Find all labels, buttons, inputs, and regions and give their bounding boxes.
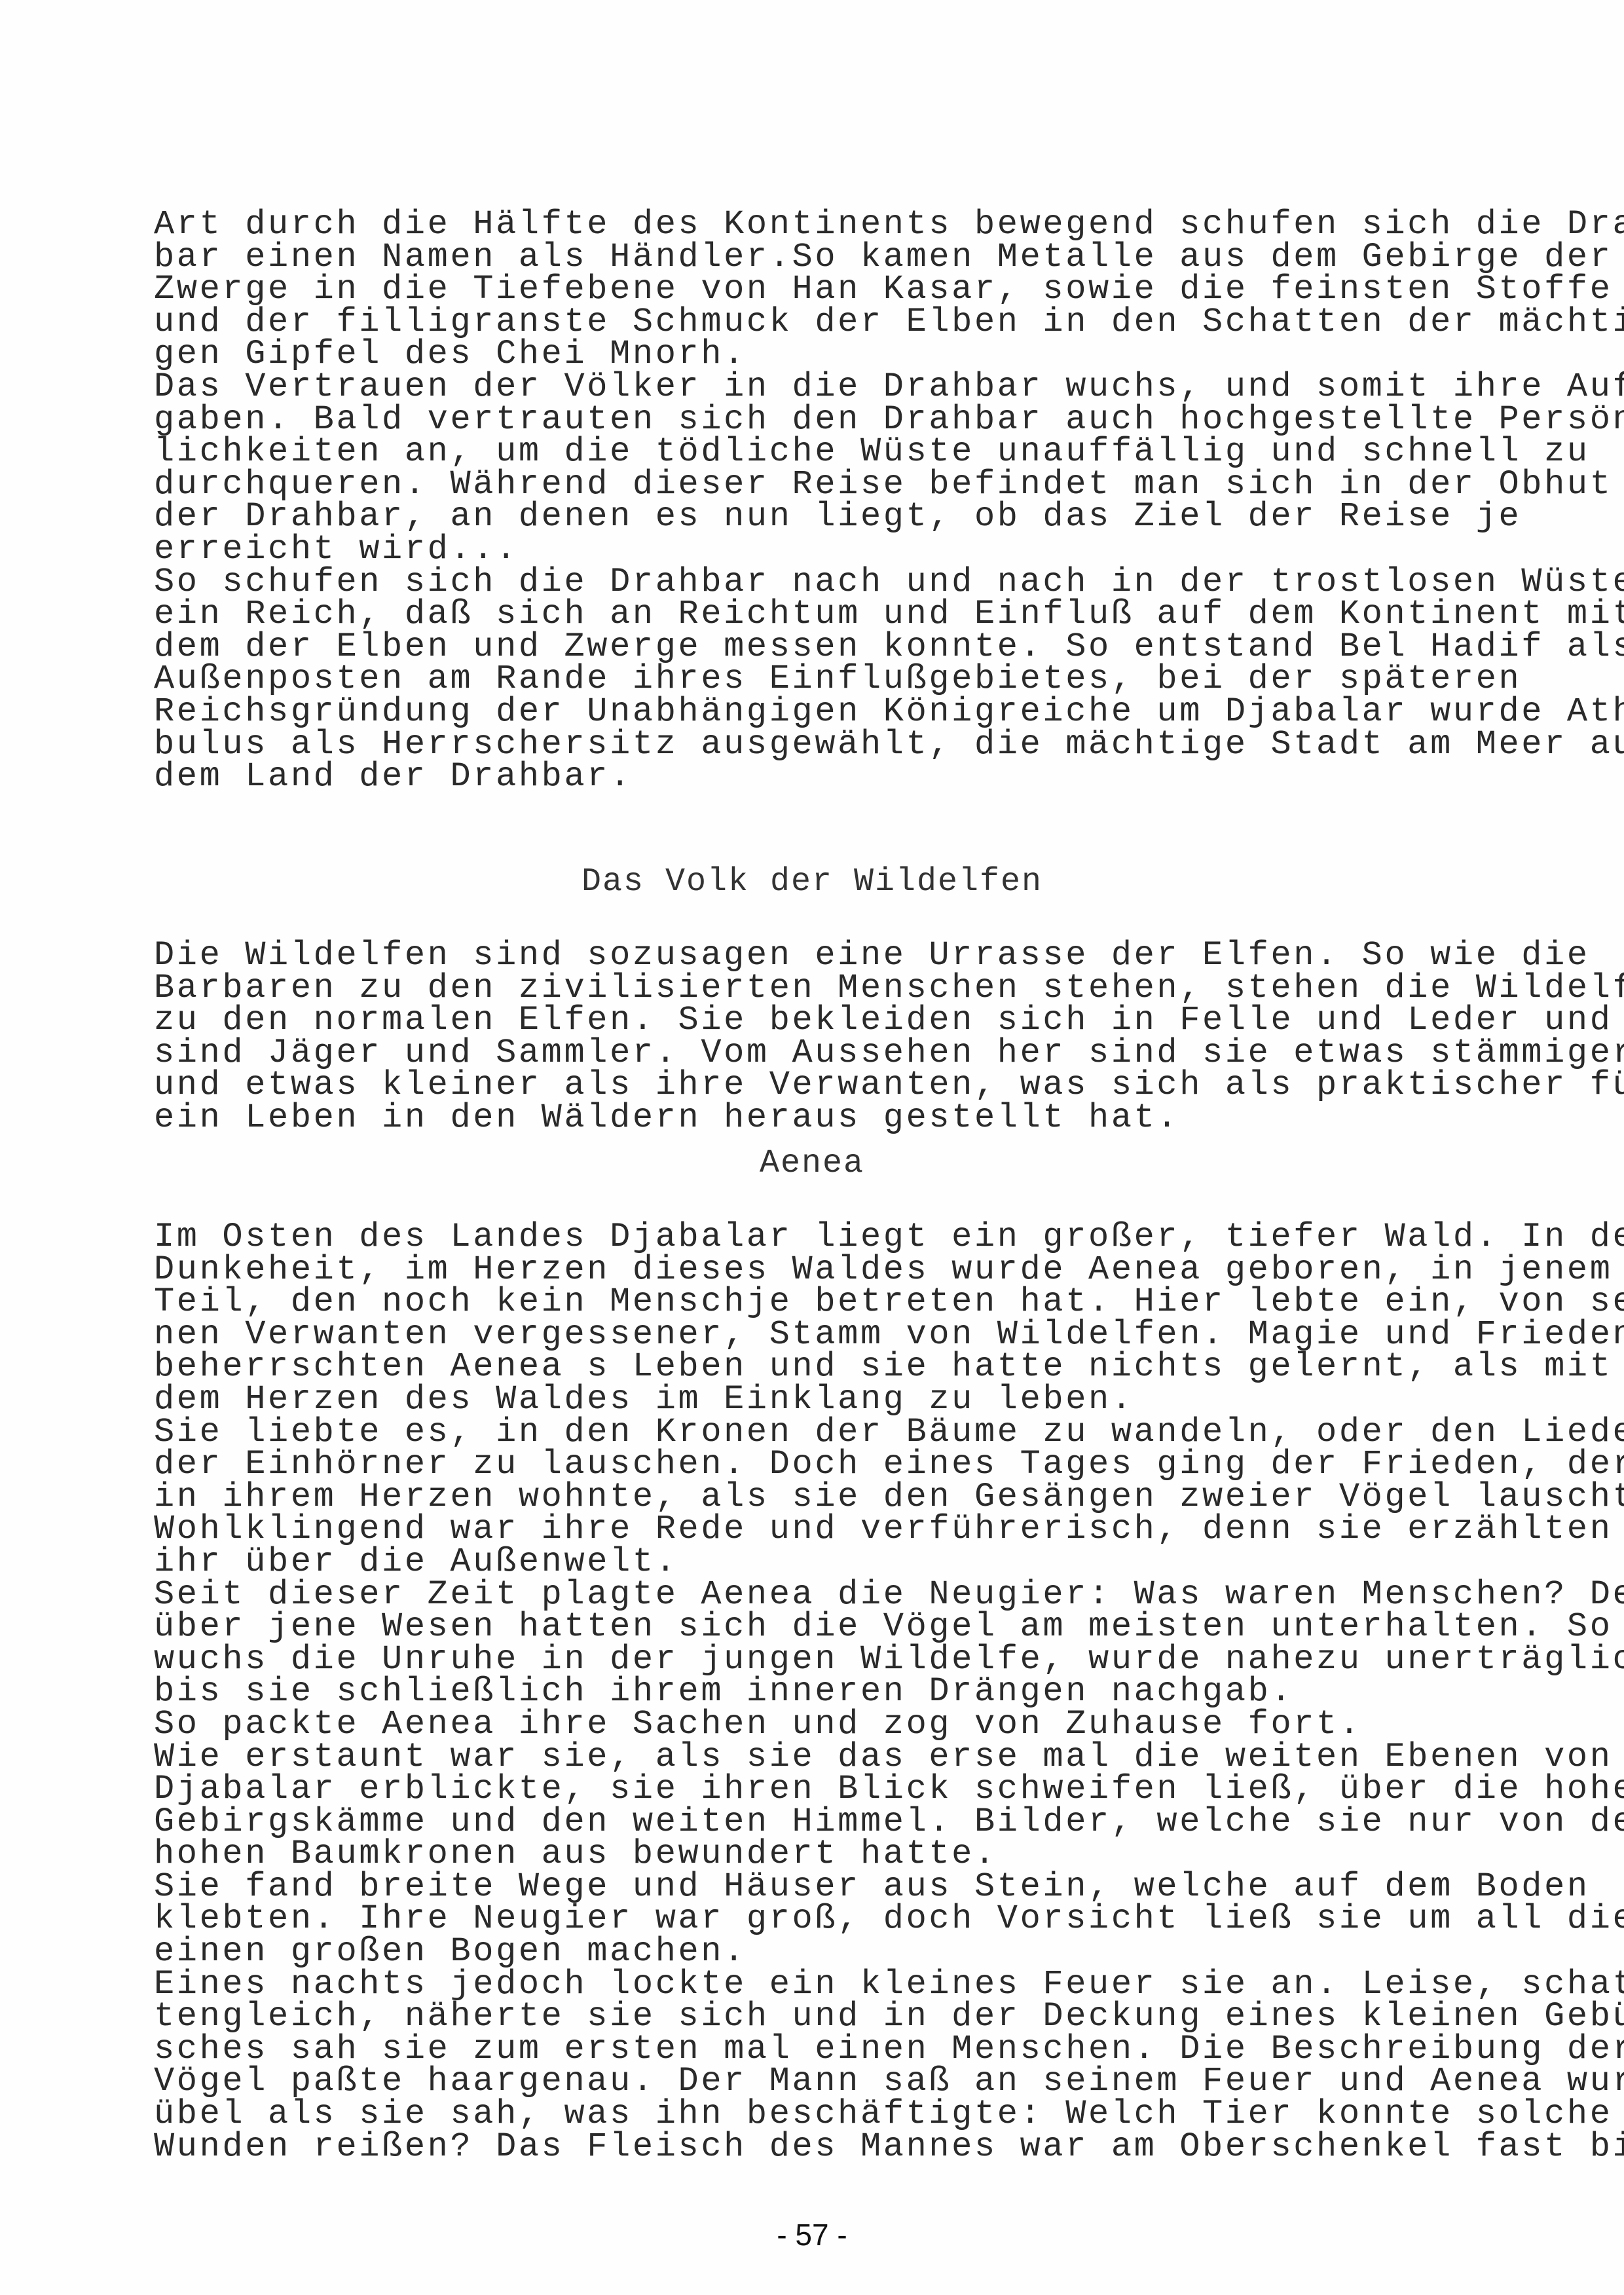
paragraph-aenea: Im Osten des Landes Djabalar liegt ein g… xyxy=(154,1221,1491,2163)
text-line: bar einen Namen als Händler.So kamen Met… xyxy=(154,241,1491,274)
text-line: und etwas kleiner als ihre Verwanten, wa… xyxy=(154,1069,1491,1102)
text-line: der Drahbar, an denen es nun liegt, ob d… xyxy=(154,500,1491,533)
text-line: der Einhörner zu lauschen. Doch eines Ta… xyxy=(154,1448,1491,1481)
paragraph-drahbar: Art durch die Hälfte des Kontinents bewe… xyxy=(154,208,1491,793)
text-line: bulus als Herrschersitz ausgewählt, die … xyxy=(154,728,1491,761)
text-line: zu den normalen Elfen. Sie bekleiden sic… xyxy=(154,1004,1491,1037)
text-line: Seit dieser Zeit plagte Aenea die Neugie… xyxy=(154,1578,1491,1611)
text-line: Sie fand breite Wege und Häuser aus Stei… xyxy=(154,1871,1491,1903)
text-line: sches sah sie zum ersten mal einen Mensc… xyxy=(154,2033,1491,2066)
text-line: Gebirgskämme und den weiten Himmel. Bild… xyxy=(154,1806,1491,1838)
text-line: übel als sie sah, was ihn beschäftigte: … xyxy=(154,2098,1491,2131)
text-line: So schufen sich die Drahbar nach und nac… xyxy=(154,566,1491,599)
text-line: Die Wildelfen sind sozusagen eine Urrass… xyxy=(154,939,1491,972)
text-line: Djabalar erblickte, sie ihren Blick schw… xyxy=(154,1773,1491,1806)
text-line: ihr über die Außenwelt. xyxy=(154,1546,1491,1578)
text-line: Außenposten am Rande ihres Einflußgebiet… xyxy=(154,663,1491,696)
text-line: erreicht wird... xyxy=(154,533,1491,566)
text-line: lichkeiten an, um die tödliche Wüste una… xyxy=(154,436,1491,468)
text-line: über jene Wesen hatten sich die Vögel am… xyxy=(154,1611,1491,1643)
heading-aenea: Aenea xyxy=(0,1145,1624,1182)
heading-das-volk-der-wildelfen: Das Volk der Wildelfen xyxy=(0,863,1624,901)
text-line: Wohlklingend war ihre Rede und verführer… xyxy=(154,1513,1491,1546)
text-line: beherrschten Aenea s Leben und sie hatte… xyxy=(154,1351,1491,1383)
paragraph-wildelfen: Die Wildelfen sind sozusagen eine Urrass… xyxy=(154,939,1491,1134)
text-line: durchqueren. Während dieser Reise befind… xyxy=(154,468,1491,501)
text-line: So packte Aenea ihre Sachen und zog von … xyxy=(154,1708,1491,1741)
text-line: Wie erstaunt war sie, als sie das erse m… xyxy=(154,1741,1491,1774)
text-line: Vögel paßte haargenau. Der Mann saß an s… xyxy=(154,2065,1491,2098)
text-line: Im Osten des Landes Djabalar liegt ein g… xyxy=(154,1221,1491,1254)
text-line: Eines nachts jedoch lockte ein kleines F… xyxy=(154,1968,1491,2001)
text-line: Zwerge in die Tiefebene von Han Kasar, s… xyxy=(154,273,1491,306)
text-line: klebten. Ihre Neugier war groß, doch Vor… xyxy=(154,1903,1491,1935)
text-line: wuchs die Unruhe in der jungen Wildelfe,… xyxy=(154,1643,1491,1676)
text-line: und der filligranste Schmuck der Elben i… xyxy=(154,306,1491,339)
text-line: gaben. Bald vertrauten sich den Drahbar … xyxy=(154,403,1491,436)
text-line: dem Land der Drahbar. xyxy=(154,760,1491,793)
text-line: tengleich, näherte sie sich und in der D… xyxy=(154,2000,1491,2033)
text-line: Reichsgründung der Unabhängigen Königrei… xyxy=(154,696,1491,728)
text-line: bis sie schließlich ihrem inneren Dränge… xyxy=(154,1675,1491,1708)
text-line: hohen Baumkronen aus bewundert hatte. xyxy=(154,1838,1491,1871)
text-line: dem der Elben und Zwerge messen konnte. … xyxy=(154,631,1491,663)
text-line: Art durch die Hälfte des Kontinents bewe… xyxy=(154,208,1491,241)
text-line: Barbaren zu den zivilisierten Menschen s… xyxy=(154,972,1491,1005)
text-line: Das Vertrauen der Völker in die Drahbar … xyxy=(154,371,1491,403)
text-line: Teil, den noch kein Menschje betreten ha… xyxy=(154,1286,1491,1318)
text-line: Dunkeheit, im Herzen dieses Waldes wurde… xyxy=(154,1254,1491,1286)
text-line: ein Leben in den Wäldern heraus gestellt… xyxy=(154,1102,1491,1134)
text-line: Sie liebte es, in den Kronen der Bäume z… xyxy=(154,1416,1491,1449)
text-line: nen Verwanten vergessener, Stamm von Wil… xyxy=(154,1318,1491,1351)
text-line: dem Herzen des Waldes im Einklang zu leb… xyxy=(154,1383,1491,1416)
page-number: - 57 - xyxy=(0,2217,1624,2252)
document-page: Art durch die Hälfte des Kontinents bewe… xyxy=(0,0,1624,2295)
text-line: gen Gipfel des Chei Mnorh. xyxy=(154,338,1491,371)
text-line: Wunden reißen? Das Fleisch des Mannes wa… xyxy=(154,2131,1491,2163)
text-line: sind Jäger und Sammler. Vom Aussehen her… xyxy=(154,1037,1491,1070)
text-line: in ihrem Herzen wohnte, als sie den Gesä… xyxy=(154,1481,1491,1514)
text-line: einen großen Bogen machen. xyxy=(154,1935,1491,1968)
text-line: ein Reich, daß sich an Reichtum und Einf… xyxy=(154,598,1491,631)
